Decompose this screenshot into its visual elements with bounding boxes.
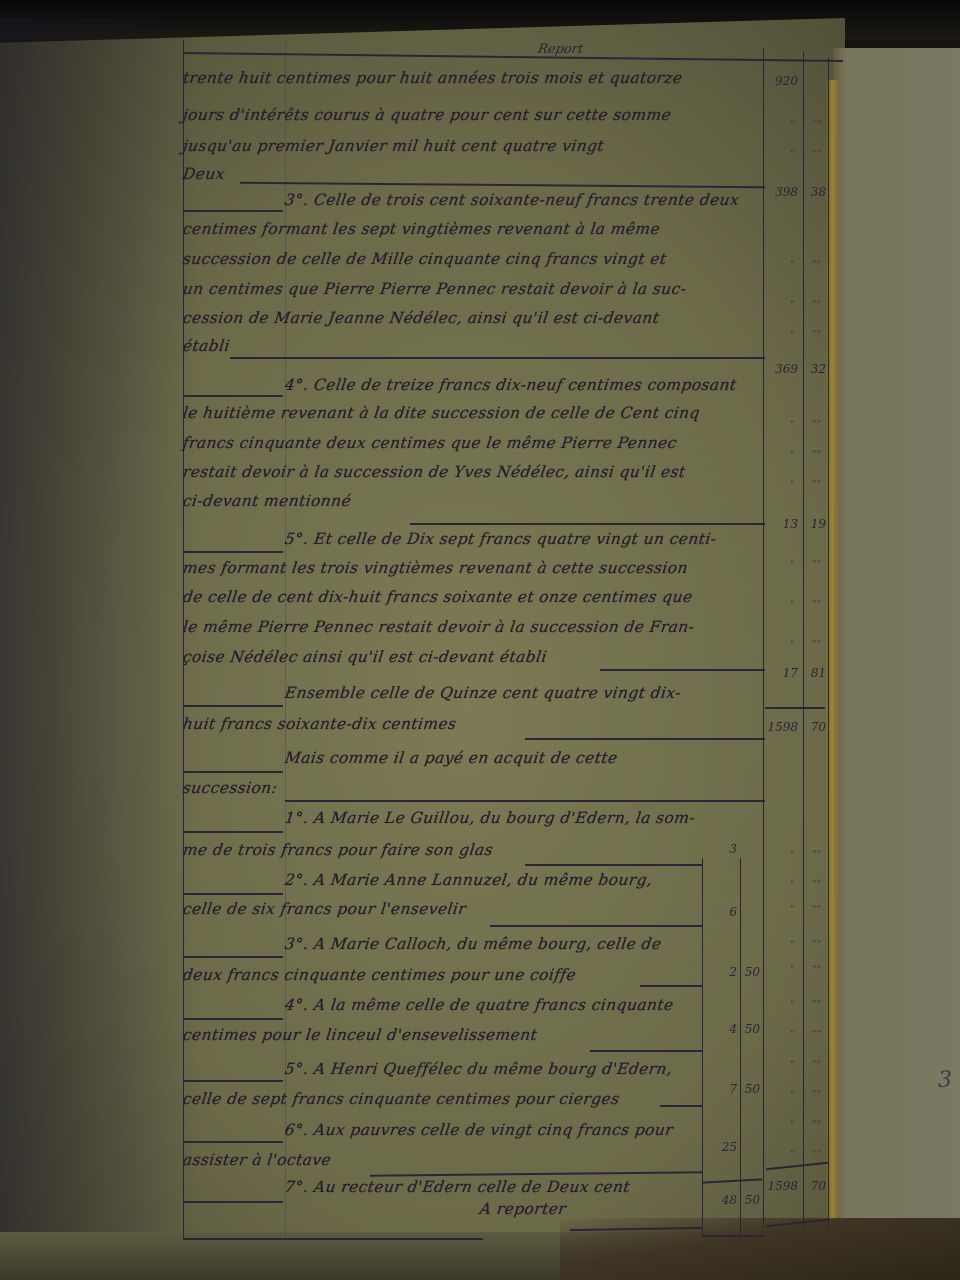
handwritten-line: 3°. Celle de trois cent soixante-neuf fr… bbox=[284, 191, 741, 209]
ditto-mark: ”” bbox=[812, 600, 821, 610]
entry-rule bbox=[183, 893, 283, 895]
ditto-mark: ”” bbox=[812, 150, 821, 160]
handwritten-line: A reporter bbox=[479, 1200, 568, 1218]
amount-francs: 13 bbox=[760, 517, 798, 531]
ditto-mark: ” bbox=[790, 330, 795, 340]
ditto-mark: ” bbox=[790, 965, 795, 975]
handwritten-line: établi bbox=[182, 337, 231, 355]
ditto-mark: ” bbox=[790, 420, 795, 430]
amount-centimes: 81 bbox=[806, 666, 826, 680]
ditto-mark: ”” bbox=[812, 1090, 821, 1100]
sub-amount-francs: 6 bbox=[703, 905, 737, 919]
entry-rule bbox=[183, 210, 283, 212]
handwritten-line: ci-devant mentionné bbox=[182, 492, 353, 510]
handwritten-line: Deux bbox=[182, 165, 226, 183]
bottom-total-rule bbox=[702, 1235, 764, 1237]
ditto-mark: ”” bbox=[812, 850, 821, 860]
sub-amount-centimes: 50 bbox=[742, 965, 760, 979]
handwritten-line: succession: bbox=[182, 779, 279, 797]
handwritten-line: 4°. A la même celle de quatre francs cin… bbox=[284, 996, 675, 1014]
handwritten-line: centimes formant les sept vingtièmes rev… bbox=[182, 220, 662, 238]
handwritten-line: deux francs cinquante centimes pour une … bbox=[182, 966, 578, 984]
entry-rule bbox=[230, 357, 765, 359]
sub-amount-francs: 4 bbox=[703, 1022, 737, 1036]
ditto-mark: ” bbox=[790, 1060, 795, 1070]
handwritten-line: 6°. Aux pauvres celle de vingt cinq fran… bbox=[284, 1121, 675, 1139]
ditto-mark: ” bbox=[790, 120, 795, 130]
ditto-mark: ”” bbox=[812, 330, 821, 340]
handwritten-line: Ensemble celle de Quinze cent quatre vin… bbox=[284, 684, 682, 702]
ditto-mark: ”” bbox=[812, 260, 821, 270]
margin-page-mark: 3 bbox=[938, 1068, 952, 1093]
handwritten-line: 5°. A Henri Queffélec du même bourg d'Ed… bbox=[284, 1060, 674, 1078]
entry-rule bbox=[660, 1105, 702, 1107]
entry-rule bbox=[525, 738, 765, 740]
entry-rule bbox=[183, 1238, 483, 1240]
ditto-mark: ” bbox=[790, 1090, 795, 1100]
entry-rule bbox=[590, 1050, 702, 1052]
ditto-mark: ” bbox=[790, 1150, 795, 1160]
page-header: Report bbox=[537, 42, 585, 57]
centimes-column-rule bbox=[803, 52, 804, 1227]
ditto-mark: ” bbox=[790, 300, 795, 310]
ditto-mark: ”” bbox=[812, 905, 821, 915]
handwritten-line: le même Pierre Pennec restait devoir à l… bbox=[182, 618, 696, 636]
handwritten-line: mes formant les trois vingtièmes revenan… bbox=[182, 559, 689, 577]
handwritten-line: celle de six francs pour l'ensevelir bbox=[182, 900, 468, 918]
sub-amount-francs: 2 bbox=[703, 965, 737, 979]
ditto-mark: ”” bbox=[812, 880, 821, 890]
handwritten-line: 7°. Au recteur d'Edern celle de Deux cen… bbox=[284, 1178, 632, 1196]
handwritten-line: un centimes que Pierre Pierre Pennec res… bbox=[182, 280, 688, 298]
handwritten-line: le huitième revenant à la dite successio… bbox=[182, 404, 701, 422]
amount-francs: 369 bbox=[760, 362, 798, 376]
handwritten-line: 1°. A Marie Le Guillou, du bourg d'Edern… bbox=[284, 809, 697, 827]
handwritten-line: de celle de cent dix-huit francs soixant… bbox=[182, 588, 694, 606]
entry-rule bbox=[525, 864, 703, 866]
ditto-mark: ”” bbox=[812, 940, 821, 950]
entry-rule bbox=[183, 771, 283, 773]
handwritten-line: me de trois francs pour faire son glas bbox=[182, 841, 495, 859]
ditto-mark: ”” bbox=[812, 1120, 821, 1130]
entry-rule bbox=[183, 705, 283, 707]
handwritten-line: succession de celle de Mille cinquante c… bbox=[182, 250, 668, 268]
ditto-mark: ” bbox=[790, 600, 795, 610]
handwritten-line: Mais comme il a payé en acquit de cette bbox=[284, 749, 619, 767]
amount-francs: 920 bbox=[760, 74, 798, 88]
sub-amount-francs: 7 bbox=[703, 1082, 737, 1096]
sub-amount-francs: 25 bbox=[703, 1140, 737, 1154]
ditto-mark: ” bbox=[790, 450, 795, 460]
entry-rule bbox=[490, 925, 702, 927]
amount-francs: 1598 bbox=[760, 1179, 798, 1193]
sub-amount-francs: 3 bbox=[703, 842, 737, 856]
entry-rule bbox=[285, 800, 765, 802]
ditto-mark: ”” bbox=[812, 300, 821, 310]
amount-centimes: 32 bbox=[806, 362, 826, 376]
ditto-mark: ” bbox=[790, 940, 795, 950]
amount-centimes: 70 bbox=[806, 1179, 826, 1193]
facing-page bbox=[833, 48, 960, 1238]
ditto-mark: ” bbox=[790, 560, 795, 570]
sub-amount-centimes: 50 bbox=[742, 1193, 760, 1207]
ditto-mark: ”” bbox=[812, 1030, 821, 1040]
page-shadow bbox=[0, 18, 200, 1280]
ditto-mark: ”” bbox=[812, 1060, 821, 1070]
entry-rule bbox=[183, 956, 283, 958]
amount-francs: 1598 bbox=[760, 720, 798, 734]
right-column-rule bbox=[828, 58, 829, 1228]
amount-centimes: 38 bbox=[806, 185, 826, 199]
amount-centimes: 19 bbox=[806, 517, 826, 531]
handwritten-line: 2°. A Marie Anne Lannuzel, du même bourg… bbox=[284, 871, 654, 889]
entry-rule bbox=[765, 707, 825, 709]
ditto-mark: ”” bbox=[812, 965, 821, 975]
handwritten-line: restait devoir à la succession de Yves N… bbox=[182, 463, 687, 481]
handwritten-line: 3°. A Marie Calloch, du même bourg, cell… bbox=[284, 935, 663, 953]
entry-rule bbox=[183, 1080, 283, 1082]
sub-amount-centimes: 50 bbox=[742, 1022, 760, 1036]
amount-francs: 398 bbox=[760, 185, 798, 199]
handwritten-line: trente huit centimes pour huit années tr… bbox=[182, 69, 684, 87]
ditto-mark: ” bbox=[790, 640, 795, 650]
handwritten-line: çoise Nédélec ainsi qu'il est ci-devant … bbox=[182, 648, 548, 666]
ditto-mark: ”” bbox=[812, 480, 821, 490]
entry-rule bbox=[183, 831, 283, 833]
entry-rule bbox=[410, 523, 765, 525]
ditto-mark: ” bbox=[790, 905, 795, 915]
ditto-mark: ”” bbox=[812, 1150, 821, 1160]
handwritten-line: assister à l'octave bbox=[182, 1151, 333, 1169]
entry-rule bbox=[183, 1018, 283, 1020]
ditto-mark: ”” bbox=[812, 640, 821, 650]
ditto-mark: ” bbox=[790, 480, 795, 490]
ditto-mark: ”” bbox=[812, 1000, 821, 1010]
handwritten-line: centimes pour le linceul d'ensevelisseme… bbox=[182, 1026, 539, 1044]
ditto-mark: ”” bbox=[812, 420, 821, 430]
sub-amount-centimes: 50 bbox=[742, 1082, 760, 1096]
entry-rule bbox=[183, 551, 283, 553]
amount-francs: 17 bbox=[760, 666, 798, 680]
handwritten-line: francs cinquante deux centimes que le mê… bbox=[182, 434, 678, 452]
handwritten-line: huit francs soixante-dix centimes bbox=[182, 715, 458, 733]
handwritten-line: jours d'intérêts courus à quatre pour ce… bbox=[182, 106, 673, 124]
ditto-mark: ” bbox=[790, 850, 795, 860]
ditto-mark: ”” bbox=[812, 120, 821, 130]
ditto-mark: ” bbox=[790, 260, 795, 270]
handwritten-line: celle de sept francs cinquante centimes … bbox=[182, 1090, 621, 1108]
ditto-mark: ”” bbox=[812, 560, 821, 570]
ditto-mark: ” bbox=[790, 880, 795, 890]
sub-amount-francs: 48 bbox=[703, 1193, 737, 1207]
ditto-mark: ”” bbox=[812, 450, 821, 460]
entry-rule bbox=[600, 669, 765, 671]
entry-rule bbox=[183, 395, 283, 397]
handwritten-line: cession de Marie Jeanne Nédélec, ainsi q… bbox=[182, 309, 661, 327]
entry-rule bbox=[640, 985, 702, 987]
handwritten-line: 5°. Et celle de Dix sept francs quatre v… bbox=[284, 530, 718, 548]
ditto-mark: ” bbox=[790, 150, 795, 160]
ditto-mark: ” bbox=[790, 1120, 795, 1130]
entry-rule bbox=[183, 1201, 283, 1203]
ditto-mark: ” bbox=[790, 1000, 795, 1010]
amount-centimes: 70 bbox=[806, 720, 826, 734]
ditto-mark: ” bbox=[790, 1030, 795, 1040]
handwritten-line: 4°. Celle de treize francs dix-neuf cent… bbox=[284, 376, 738, 394]
handwritten-line: jusqu'au premier Janvier mil huit cent q… bbox=[182, 137, 606, 155]
amount-column-rule bbox=[763, 48, 764, 1228]
entry-rule bbox=[183, 1141, 283, 1143]
